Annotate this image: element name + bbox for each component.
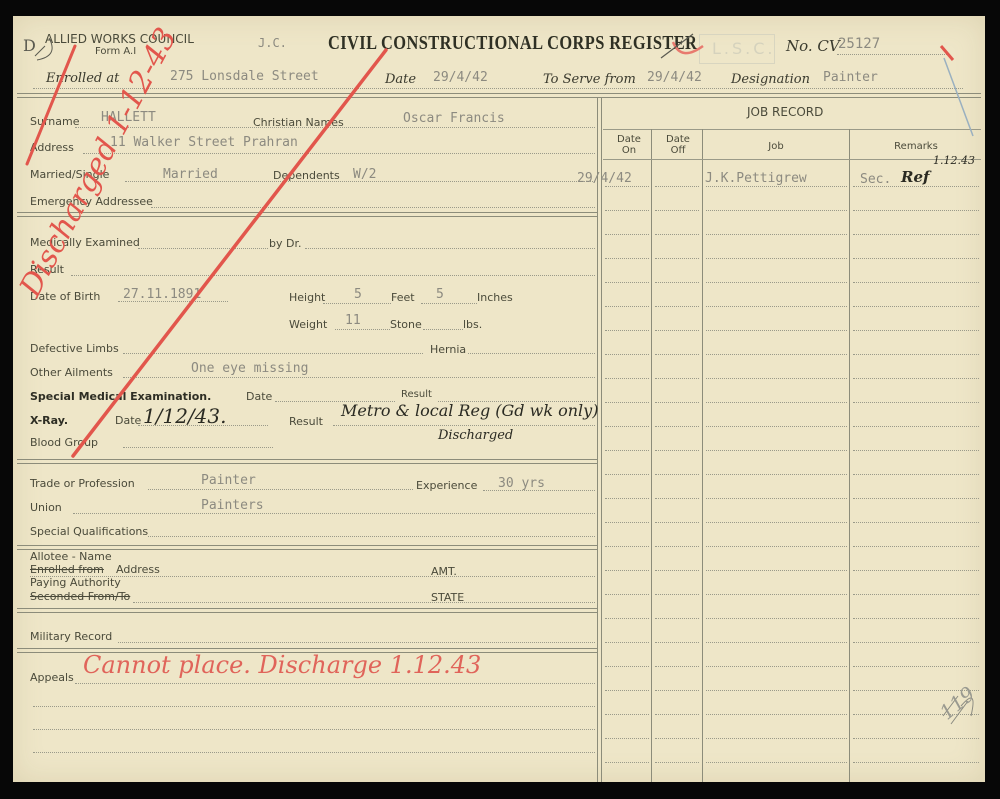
- corner-pencil-mark: D: [23, 36, 36, 55]
- register-card: ALLIED WORKS COUNCIL Form A.I J.C. CIVIL…: [13, 16, 985, 782]
- red-strike-overlay: [13, 16, 985, 782]
